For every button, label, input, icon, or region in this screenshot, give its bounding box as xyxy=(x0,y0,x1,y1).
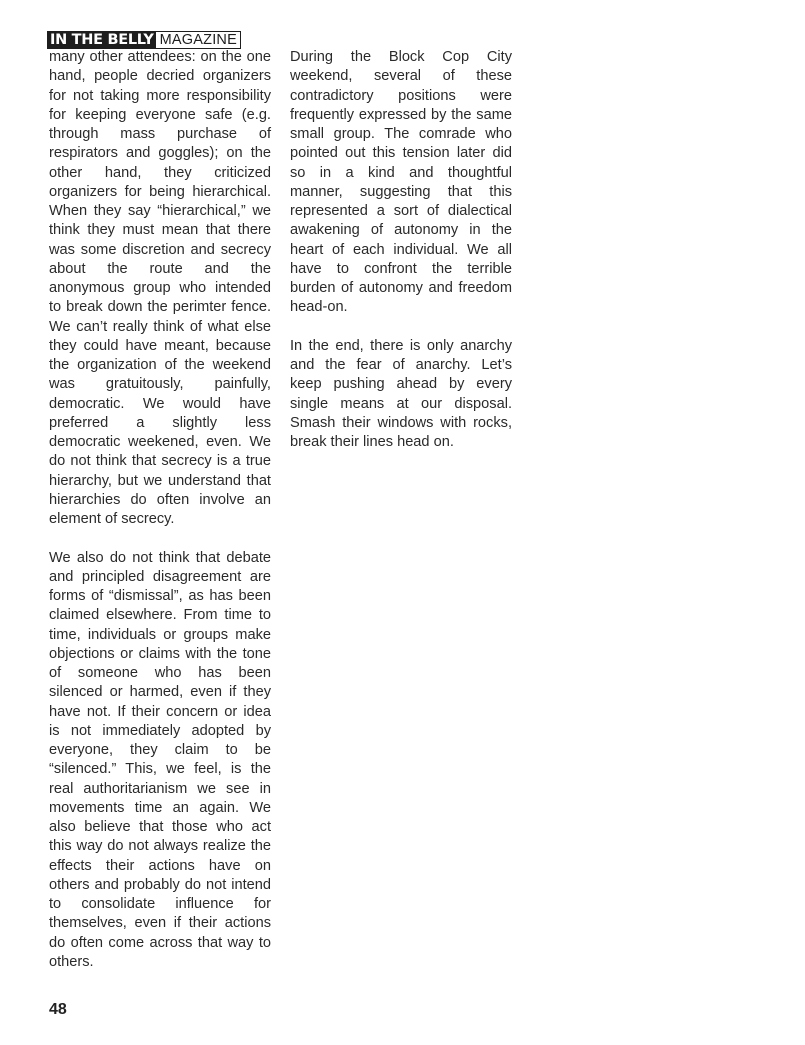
magazine-masthead: IN THE BELLY MAGAZINE xyxy=(47,31,241,49)
text-column-left: many other attendees: on the one hand, p… xyxy=(49,48,271,972)
paragraph: During the Block Cop City weekend, sever… xyxy=(290,48,512,318)
paragraph: many other attendees: on the one hand, p… xyxy=(49,48,271,529)
text-column-right: During the Block Cop City weekend, sever… xyxy=(290,48,512,452)
masthead-title-bold: IN THE BELLY xyxy=(48,32,156,48)
masthead-title-light: MAGAZINE xyxy=(156,32,240,48)
page-number: 48 xyxy=(49,1001,67,1019)
paragraph: In the end, there is only anarchy and th… xyxy=(290,337,512,453)
paragraph: We also do not think that debate and pri… xyxy=(49,549,271,973)
